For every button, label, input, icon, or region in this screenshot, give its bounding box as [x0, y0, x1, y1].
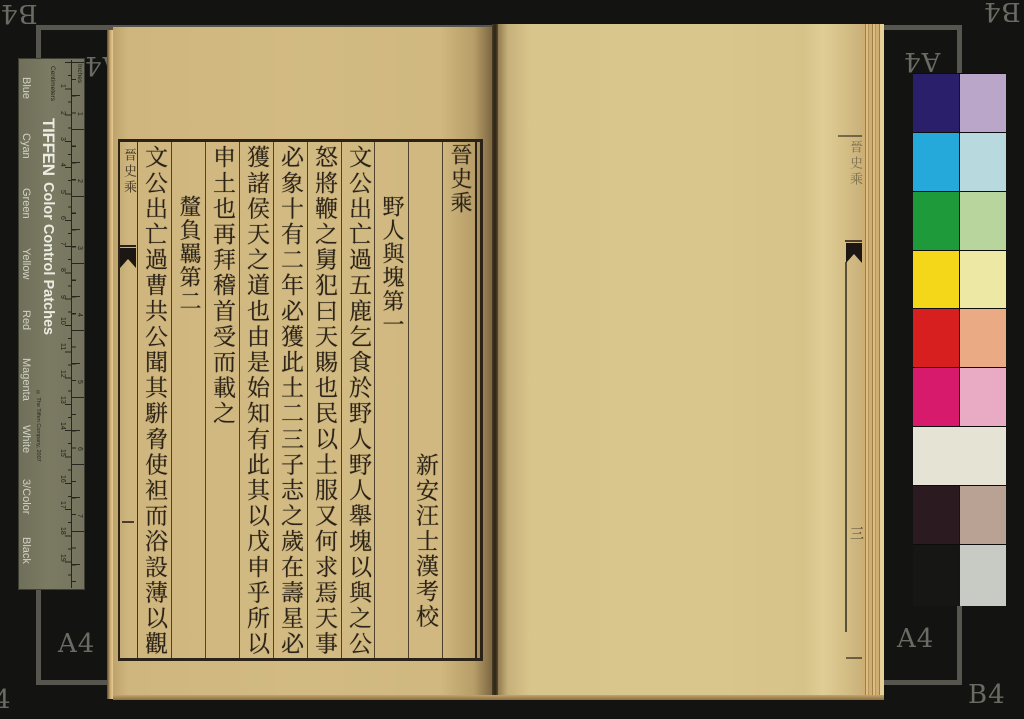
tiffen-ruler: Inches Centimeters 1 2 3 4 5 6 7 8 9 10 … [18, 58, 85, 590]
inch-number: 2 [76, 179, 83, 183]
right-margin-rule [845, 262, 847, 632]
patch-name-label: Green [20, 188, 32, 219]
brand-name: TIFFEN [39, 118, 58, 176]
inch-number: 5 [76, 380, 83, 384]
color-patch [913, 427, 1006, 486]
margin-rule [122, 521, 134, 523]
cm-number: 11 [59, 343, 66, 350]
patch-row [913, 368, 1006, 427]
color-patch [913, 192, 960, 251]
cm-number: 14 [59, 422, 66, 430]
a4-mark: A4 [58, 631, 95, 657]
text-column: 獲諸侯天之道也由是始知有此其以戊申乎所以 [239, 145, 273, 657]
b4-mark: B4 [0, 0, 38, 26]
section-heading: 野人與塊第一 [374, 195, 408, 337]
inch-number: 7 [76, 514, 83, 518]
color-patch [960, 251, 1006, 309]
patch-row [913, 192, 1006, 251]
book-gutter [492, 24, 498, 698]
cm-number: 12 [59, 370, 66, 378]
book-title: 晉史乘 [442, 143, 476, 215]
b4-mark: B4 [983, 0, 1021, 24]
cm-number: 1 [59, 84, 66, 88]
color-patch [960, 368, 1006, 427]
cm-number: 2 [59, 111, 66, 115]
color-patch [913, 251, 960, 309]
cm-number: 18 [59, 527, 66, 535]
cm-number: 17 [59, 501, 66, 509]
cm-number: 6 [59, 216, 66, 220]
book-bottom-edge [113, 695, 884, 700]
inch-number: 1 [76, 112, 83, 116]
color-patch [960, 309, 1006, 368]
cm-number: 3 [59, 137, 66, 141]
right-page [497, 24, 863, 697]
color-patch [913, 368, 960, 427]
color-patch [960, 74, 1006, 133]
patch-name-label: Yellow [20, 248, 32, 279]
color-patch [913, 486, 960, 545]
b4-mark: B4 [968, 682, 1006, 708]
right-fishtail-rule [845, 240, 862, 242]
color-patch-chart [913, 74, 1006, 606]
color-patch [913, 74, 960, 133]
frame-bottom-border [118, 658, 482, 661]
four-mark: 4 [0, 687, 12, 713]
right-margin-bottom-rule [846, 657, 862, 659]
text-column: 必象十有二年必獲此土二三子志之歲在壽星必 [273, 145, 307, 657]
patch-row [913, 545, 1006, 606]
patch-name-label: White [20, 425, 32, 453]
patch-row [913, 427, 1006, 486]
patch-row [913, 133, 1006, 192]
section-heading: 釐負羈第二 [171, 195, 205, 313]
cm-number: 4 [59, 163, 66, 167]
color-patch [960, 133, 1006, 192]
patch-name-label: Black [20, 537, 32, 564]
cm-number: 19 [59, 554, 66, 562]
a4-mark: A4 [903, 48, 940, 74]
margin-book-title: 晉史乘 [119, 148, 137, 196]
color-patch [913, 133, 960, 192]
a4-mark: A4 [897, 626, 934, 652]
editor-credit: 新安汪士漢考校 [408, 453, 442, 629]
color-patch [960, 545, 1006, 606]
patch-name-label: Cyan [20, 133, 32, 159]
tiffen-brand: TIFFENColor Control Patches [39, 118, 57, 335]
product-name: Color Control Patches [40, 182, 56, 335]
inch-quarter-ticks [72, 62, 76, 584]
frame-left-border [118, 139, 120, 661]
patch-row [913, 486, 1006, 545]
centimeters-label: Centimeters [49, 66, 56, 101]
color-patch [913, 309, 960, 368]
patch-name-label: Blue [20, 77, 32, 99]
cm-number: 15 [59, 449, 66, 457]
page-number: 三 [847, 526, 865, 543]
color-patch [960, 192, 1006, 251]
right-margin-book-title: 晉史乘 [845, 140, 863, 188]
cm-half-ticks [68, 75, 71, 585]
text-column: 怒將鞭之舅犯曰天賜也民以土服又何求焉天事 [307, 145, 341, 657]
inch-number: 4 [76, 313, 83, 317]
inch-number: 3 [76, 246, 83, 250]
frame-right-inner-border [475, 139, 477, 661]
cm-number: 7 [59, 242, 66, 246]
cm-number: 9 [59, 295, 66, 299]
patch-row [913, 74, 1006, 133]
frame-right-outer-border [480, 139, 483, 661]
patch-name-label: Magenta [20, 358, 32, 401]
frame-top-border [118, 139, 482, 142]
text-column: 申土也再拜稽首受而載之 [205, 145, 239, 427]
column-rule [442, 141, 443, 659]
patch-row [913, 251, 1006, 309]
text-column: 文公出亡過曹共公聞其駢脅使袒而浴設薄以觀 [137, 145, 171, 657]
right-margin-top-rule [838, 135, 862, 137]
cm-number: 8 [59, 268, 66, 272]
color-patch [960, 486, 1006, 545]
cm-number: 10 [59, 317, 66, 325]
patch-row [913, 309, 1006, 368]
patch-name-label: Red [20, 310, 32, 330]
patch-name-label: 3/Color [20, 479, 32, 514]
inches-label: Inches [76, 64, 83, 83]
cm-number: 5 [59, 190, 66, 194]
cm-number: 16 [59, 475, 66, 483]
right-page-edge-highlight [880, 24, 884, 698]
color-patch [913, 545, 960, 606]
copyright-notice: © The Tiffen Company, 2007 [35, 390, 41, 462]
fishtail-rule [120, 245, 136, 247]
cm-number: 13 [59, 396, 66, 404]
text-column: 文公出亡過五鹿乞食於野人野人舉塊以與之公 [341, 145, 375, 657]
inch-number: 6 [76, 447, 83, 451]
